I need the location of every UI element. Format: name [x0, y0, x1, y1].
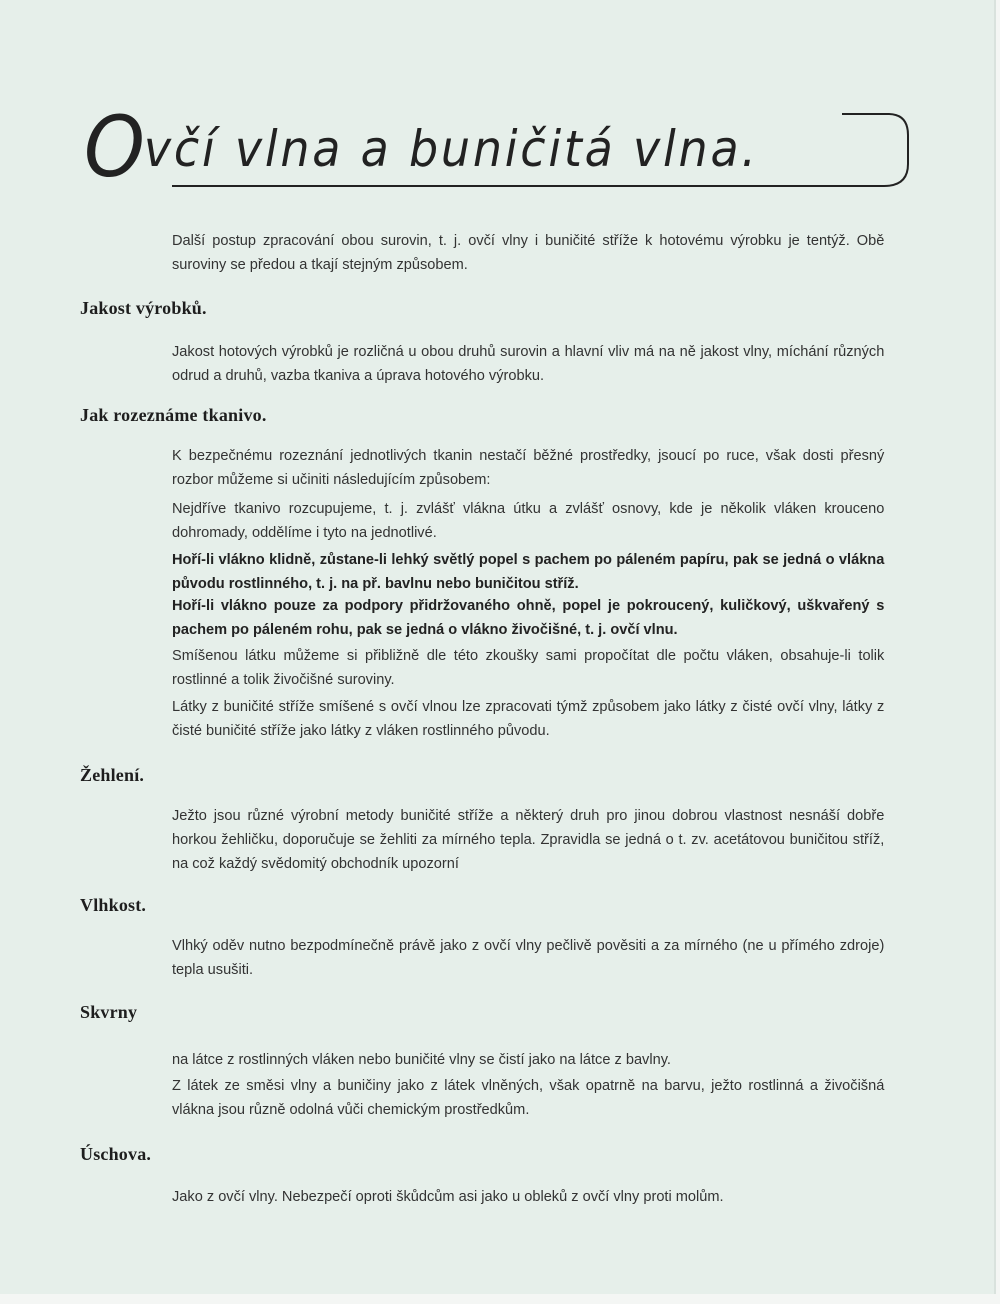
section-paragraph: Z látek ze směsi vlny a buničiny jako z … — [172, 1074, 884, 1122]
section-paragraph: Látky z buničité stříže smíšené s ovčí v… — [172, 695, 884, 743]
section-paragraph: Nejdříve tkanivo rozcupujeme, t. j. zvlá… — [172, 497, 884, 545]
section-heading-identification: Jak rozeznáme tkanivo. — [80, 405, 267, 426]
section-paragraph-bold: Hoří-li vlákno pouze za podpory přidržov… — [172, 594, 884, 642]
section-paragraph: Jako z ovčí vlny. Nebezpečí oproti škůdc… — [172, 1185, 884, 1209]
section-heading-quality: Jakost výrobků. — [80, 298, 207, 319]
section-paragraph: Jakost hotových výrobků je rozličná u ob… — [172, 340, 884, 388]
section-paragraph: Smíšenou látku můžeme si přibližně dle t… — [172, 644, 884, 692]
section-paragraph: Ježto jsou různé výrobní metody buničité… — [172, 804, 884, 876]
section-paragraph: Vlhký oděv nutno bezpodmínečně právě jak… — [172, 934, 884, 982]
document-page: Ovčí vlna a buničitá vlna. Další postup … — [0, 0, 996, 1294]
section-paragraph: na látce z rostlinných vláken nebo bunič… — [172, 1048, 884, 1072]
section-paragraph: K bezpečnému rozeznání jednotlivých tkan… — [172, 444, 884, 492]
intro-paragraph: Další postup zpracování obou surovin, t.… — [172, 229, 884, 277]
section-heading-ironing: Žehlení. — [80, 765, 144, 786]
title-underline-bracket — [0, 0, 1000, 200]
section-paragraph-bold: Hoří-li vlákno klidně, zůstane-li lehký … — [172, 548, 884, 596]
section-heading-storage: Úschova. — [80, 1144, 151, 1165]
section-heading-moisture: Vlhkost. — [80, 895, 146, 916]
section-heading-stains: Skvrny — [80, 1002, 137, 1023]
